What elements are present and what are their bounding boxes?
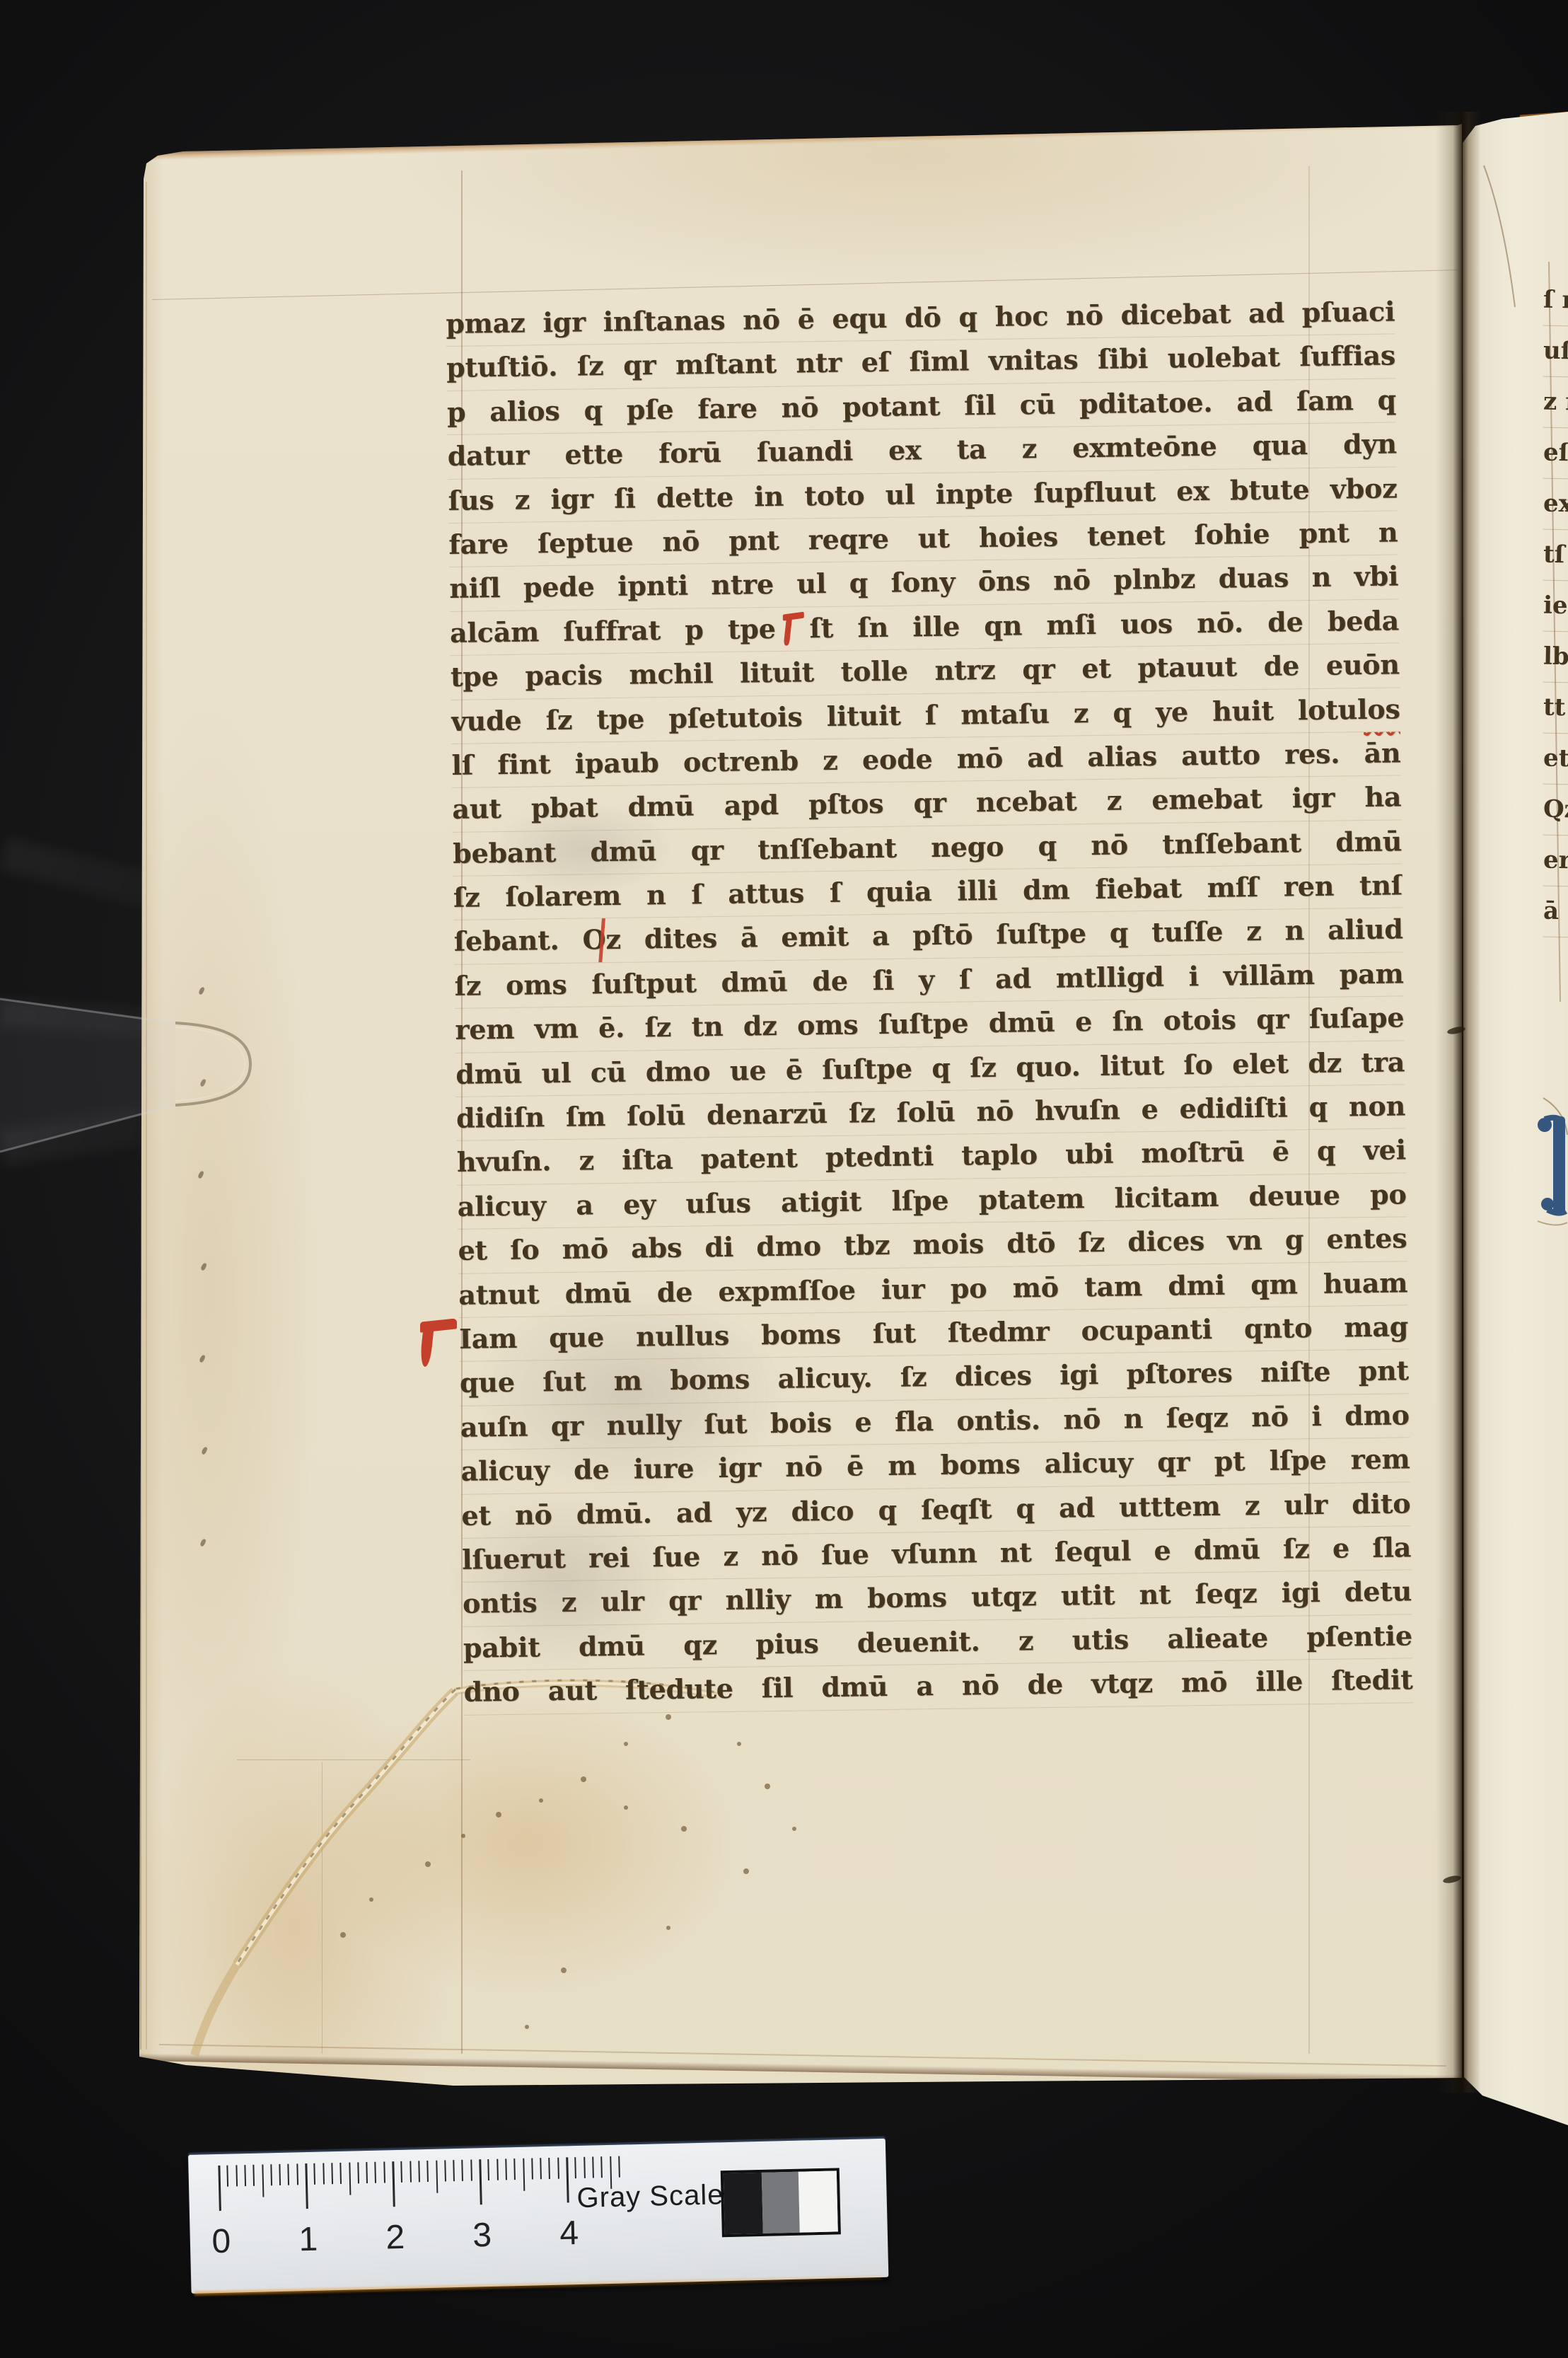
- facing-text-fragment: tſ: [1543, 529, 1568, 582]
- ruler-tick: [557, 2158, 559, 2179]
- ruler-tick: [305, 2163, 308, 2209]
- ruler-tick: [418, 2161, 420, 2182]
- ruler-tick: [279, 2164, 281, 2185]
- facing-text-fragment: ā: [1543, 886, 1568, 938]
- patch-black: [724, 2173, 763, 2234]
- manuscript-photo: ſ me uſti z r eſt ex tſ ie lb tt et Qz e…: [0, 0, 1568, 2358]
- ruler-tick: [262, 2165, 264, 2197]
- gray-scale-label: Gray Scale: [576, 2179, 724, 2214]
- facing-text-fragment: ſ me: [1543, 274, 1568, 327]
- ruler-tick: [244, 2165, 246, 2186]
- line-segment: ſebant.: [454, 924, 559, 957]
- line-segment: dites ā emit a pſtō ſuſtpe q tuſſe z n a…: [644, 913, 1403, 955]
- ruler-tick: [566, 2157, 569, 2202]
- ruler-number: 3: [468, 2216, 496, 2255]
- facing-text-fragment: ex: [1543, 478, 1568, 531]
- rubric-touched-word: ān: [1364, 736, 1400, 769]
- ruler-tick: [410, 2161, 412, 2183]
- facing-text-fragment: uſti: [1543, 325, 1568, 378]
- page-holder-clip: [0, 976, 297, 1203]
- facing-text-fragment: ie: [1543, 580, 1568, 632]
- ruler-tick: [479, 2159, 482, 2204]
- facing-text-fragment: z r: [1543, 376, 1568, 429]
- ruler-number: 2: [381, 2218, 410, 2258]
- patch-gray: [762, 2172, 800, 2233]
- ruler-tick: [296, 2163, 298, 2185]
- ruler-tick: [270, 2164, 272, 2185]
- ruler-tick: [462, 2160, 464, 2181]
- facing-text-fragment: Qz: [1543, 784, 1568, 836]
- ruler-tick: [600, 2156, 603, 2178]
- rubric-slashed-word: Oz: [582, 918, 621, 961]
- line-segment: alcām ſuffrat p tpe: [450, 613, 776, 649]
- ruler-tick: [392, 2161, 395, 2207]
- ruler-tick: [549, 2158, 551, 2179]
- facing-text-fragment: tt: [1543, 682, 1568, 734]
- text-block: pmaz igr inſtanas nō ē equ dō q hoc nō d…: [446, 290, 1413, 1715]
- ruler-number: 0: [207, 2221, 236, 2261]
- line-segment: lſ fint ipaub octrenb z eode mō ad alias…: [451, 737, 1340, 780]
- ruler-tick: [288, 2164, 290, 2185]
- ruler-tick: [488, 2159, 490, 2180]
- ruler-tick: [383, 2161, 385, 2183]
- calibration-ruler: 0 1 2 3 4 Gray Scale: [188, 2139, 888, 2294]
- ruler-tick: [236, 2165, 238, 2186]
- ruler-tick: [540, 2158, 542, 2179]
- ruler-tick: [436, 2161, 438, 2193]
- rubric-margin-paraph-mark: [420, 1320, 457, 1370]
- facing-text-fragment: lb: [1543, 631, 1568, 683]
- ruler-tick: [618, 2156, 620, 2178]
- ruler-tick: [357, 2162, 359, 2183]
- blue-initial-partial: [1536, 1097, 1568, 1231]
- ruler-tick: [323, 2163, 325, 2184]
- ruler-tick: [218, 2166, 221, 2211]
- ruler-tick: [253, 2165, 255, 2186]
- gutter-shadow: [1436, 112, 1481, 2093]
- ruler-tick: [496, 2159, 499, 2180]
- ruler-tick: [331, 2163, 333, 2184]
- ruler-tick: [592, 2156, 594, 2178]
- ruler-tick: [227, 2166, 229, 2187]
- ruler-tick: [340, 2163, 342, 2184]
- ruler-tick: [444, 2160, 446, 2181]
- ruler-tick: [366, 2162, 368, 2183]
- ruler-tick: [523, 2158, 525, 2191]
- ruler-tick: [583, 2157, 586, 2178]
- ruler-tick: [314, 2163, 316, 2185]
- manuscript-page: pmaz igr inſtanas nō ē equ dō q hoc nō d…: [131, 117, 1469, 2092]
- ruler-tick: [426, 2161, 429, 2182]
- ruler-tick: [513, 2158, 516, 2180]
- facing-text-fragment: eſt: [1543, 427, 1568, 480]
- ruler-tick: [349, 2163, 351, 2195]
- ruler-tick: [470, 2160, 472, 2181]
- line-segment: ſt ſn ille qn mſi uos nō. de beda: [809, 604, 1399, 644]
- ruler-tick: [453, 2160, 455, 2181]
- rubric-paraph-mark: [782, 612, 804, 645]
- ruler-number: 4: [554, 2214, 583, 2253]
- patch-white: [798, 2171, 838, 2232]
- gray-scale-patches: [721, 2168, 841, 2237]
- ruler-tick: [375, 2162, 377, 2183]
- ruler-tick: [531, 2158, 533, 2180]
- facing-text-fragment: er: [1543, 835, 1568, 887]
- facing-text-fragment: et: [1543, 733, 1568, 785]
- ruler-tick: [505, 2158, 507, 2180]
- ruler-tick: [401, 2161, 403, 2183]
- ruler-tick: [575, 2157, 577, 2178]
- ruler-number: 1: [294, 2220, 323, 2260]
